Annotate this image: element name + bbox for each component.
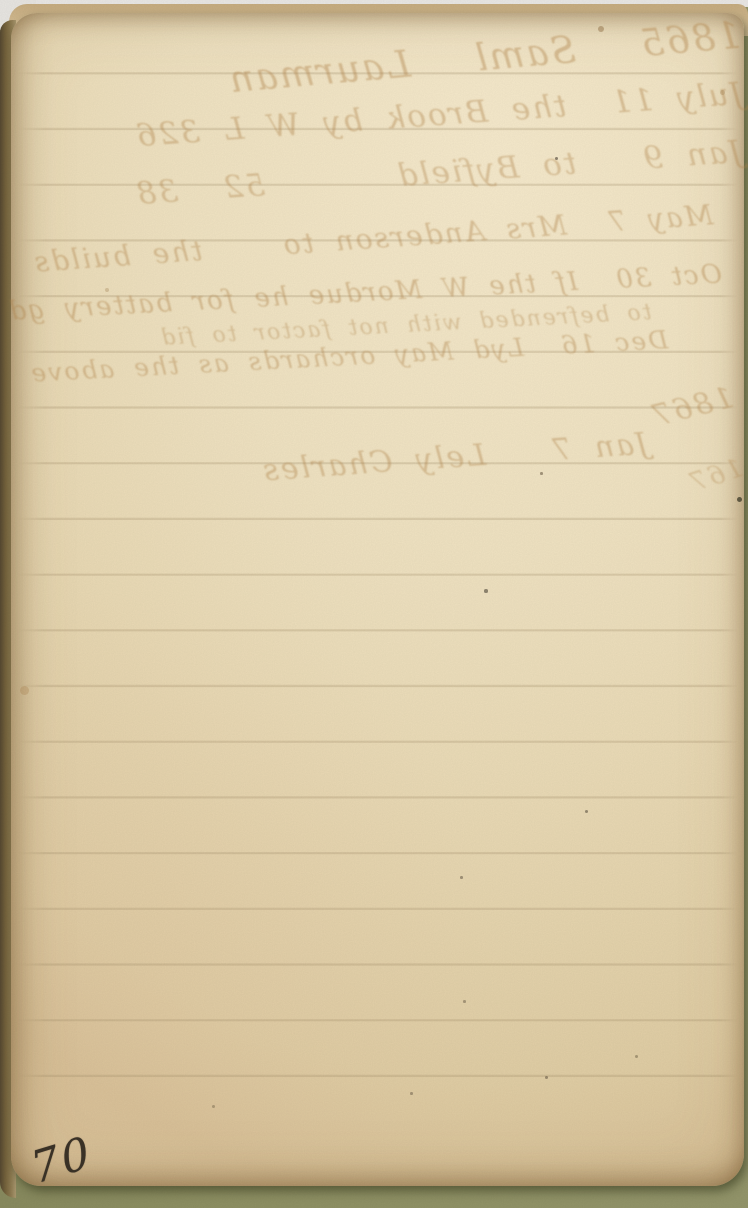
stain-speck xyxy=(598,26,604,32)
stain-speck xyxy=(463,1000,466,1003)
stain-speck xyxy=(105,288,109,292)
stain-speck xyxy=(484,589,488,593)
stain-speck xyxy=(635,1055,638,1058)
stain-speck xyxy=(20,686,29,695)
stain-speck xyxy=(410,1092,413,1095)
bleedthrough-line: 167 xyxy=(685,453,747,499)
stain-speck xyxy=(737,497,742,502)
stain-speck xyxy=(540,472,543,475)
bleedthrough-line: 1867 xyxy=(647,380,737,434)
stain-speck xyxy=(555,157,558,160)
stain-speck xyxy=(720,90,725,95)
stain-speck xyxy=(460,876,463,879)
notebook-page: 1865 Saml LaurmanJuly 11 the Brook by W … xyxy=(11,13,744,1186)
stain-speck xyxy=(545,1076,548,1079)
scanned-notebook-page: 1865 Saml LaurmanJuly 11 the Brook by W … xyxy=(0,0,748,1208)
stain-speck xyxy=(212,1105,215,1108)
stain-speck xyxy=(585,810,588,813)
bleedthrough-text: 1865 Saml LaurmanJuly 11 the Brook by W … xyxy=(11,13,744,1186)
bleedthrough-line: Jan 7 Lely Charles xyxy=(260,427,649,489)
